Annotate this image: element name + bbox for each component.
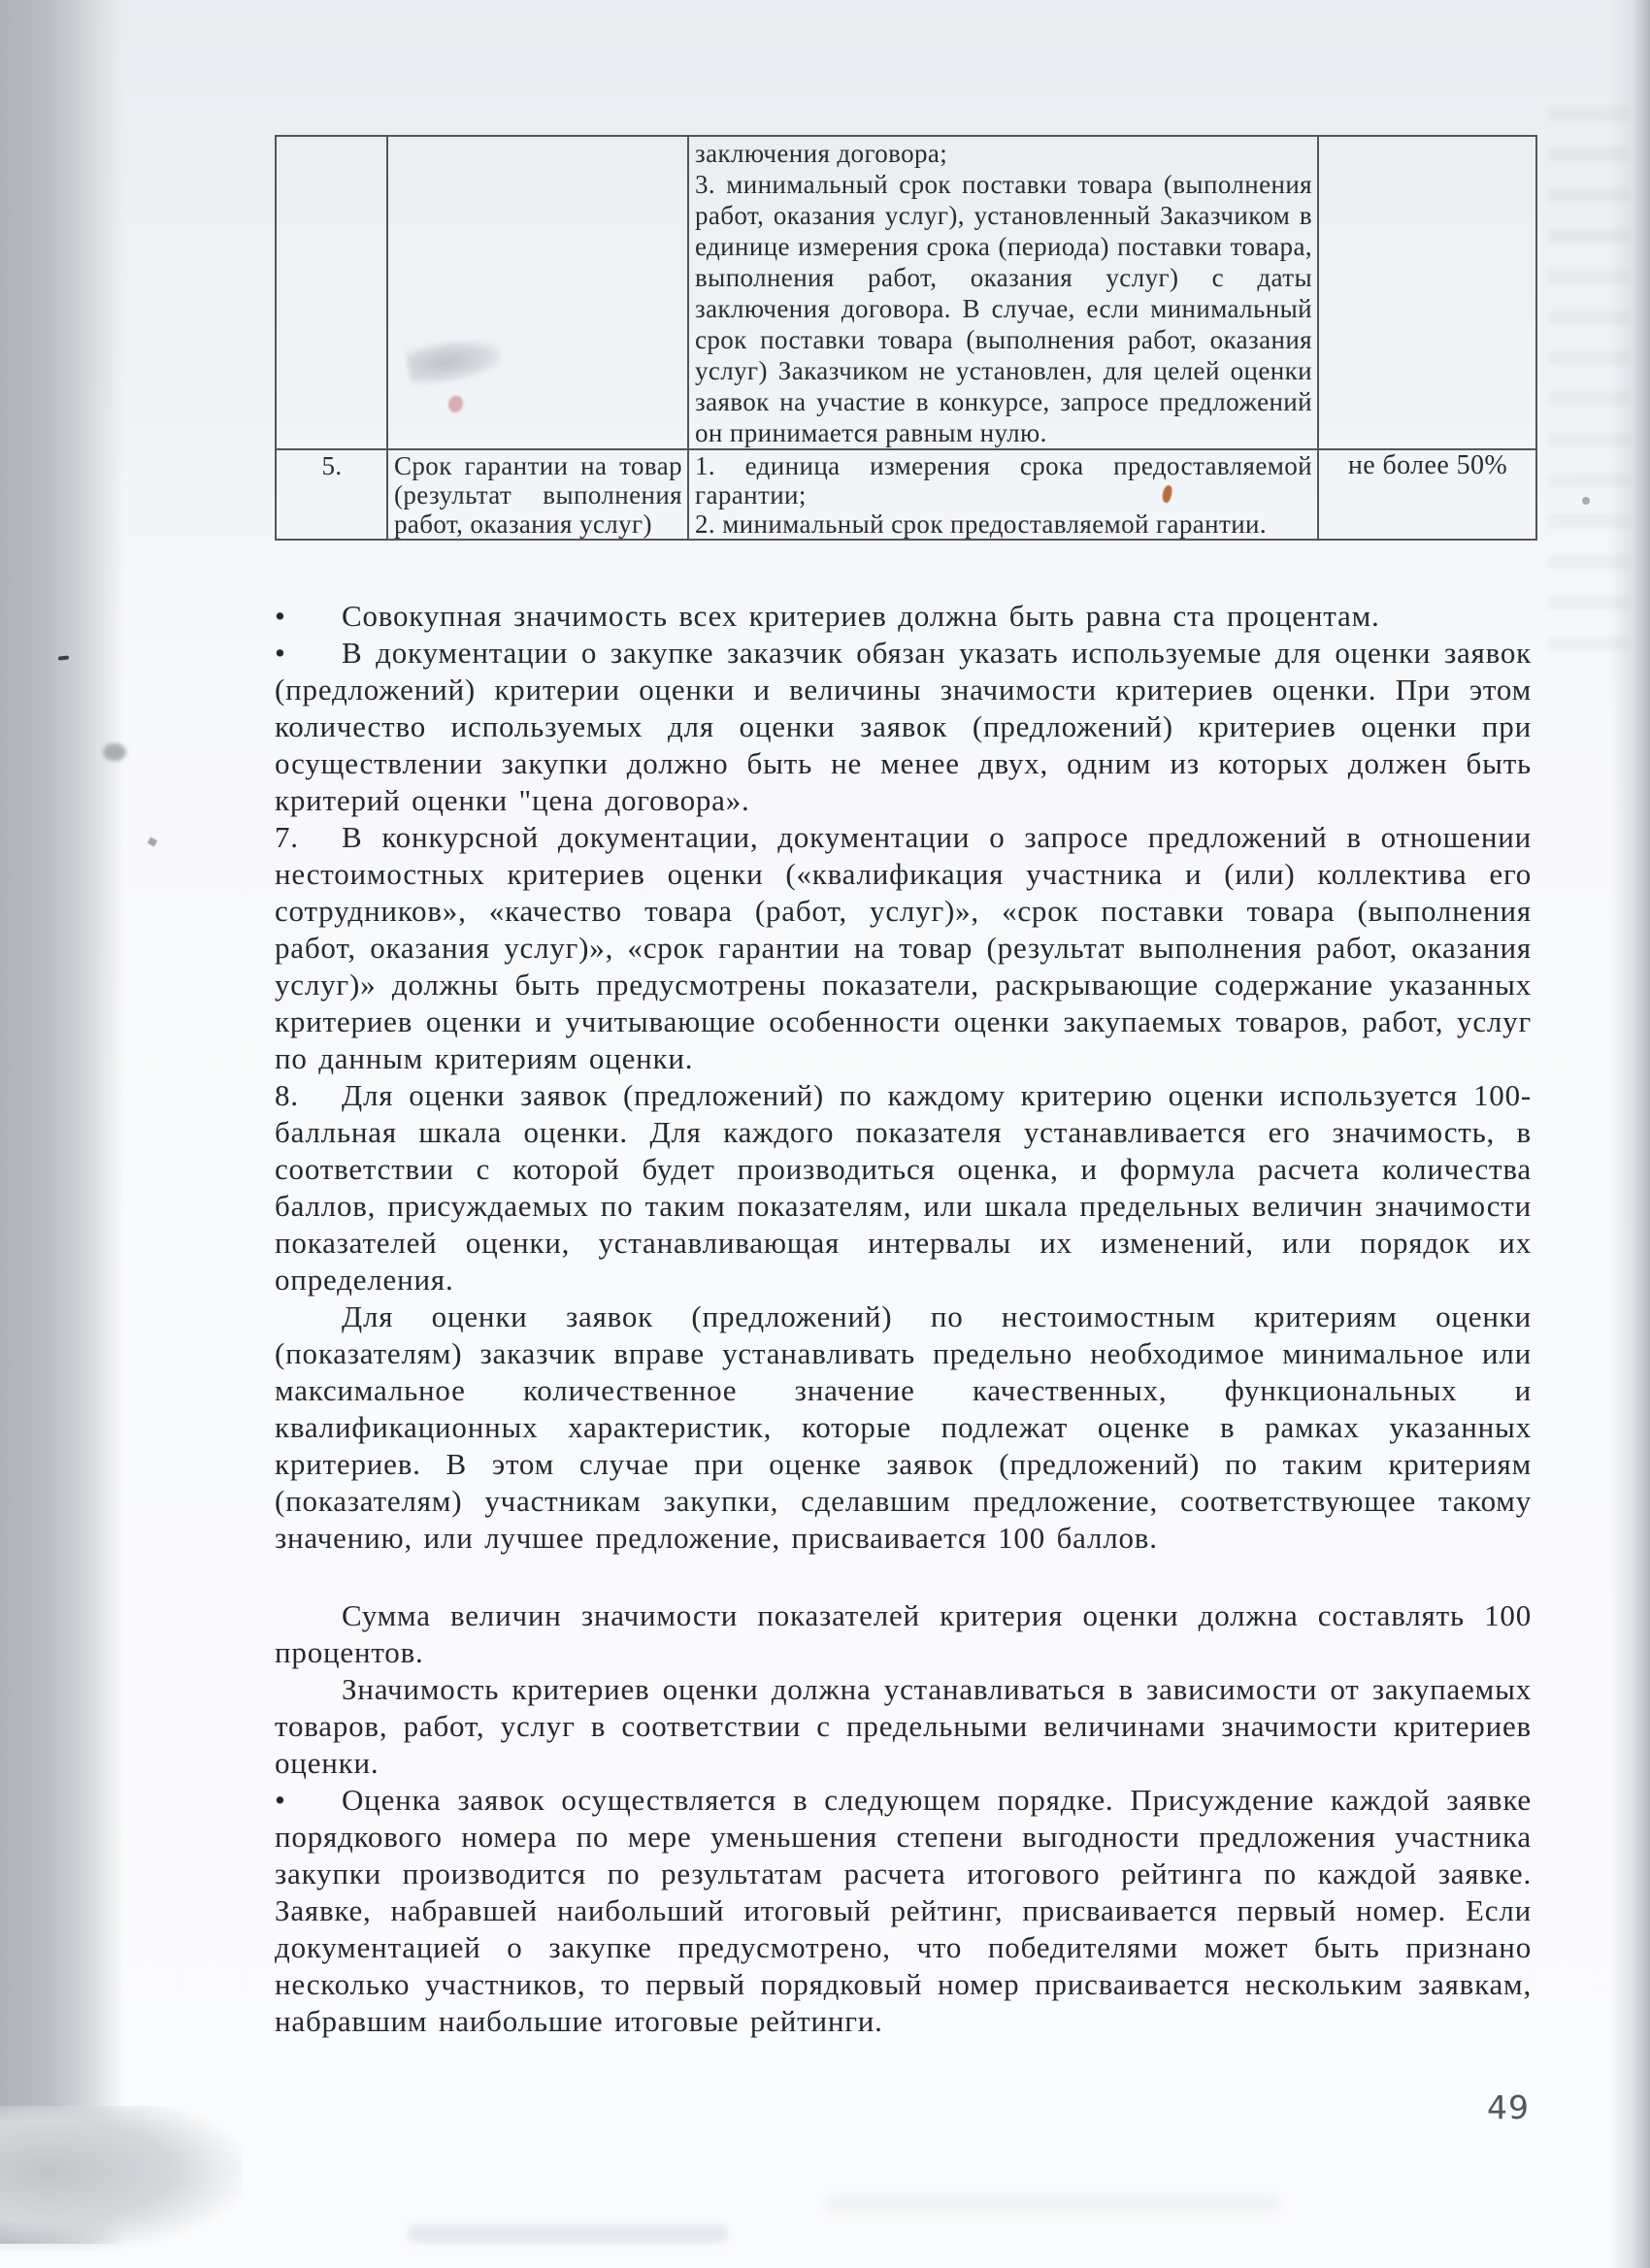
list-number: 7.: [275, 819, 342, 856]
paragraph-text: Для оценки заявок (предложений) по каждо…: [275, 1078, 1532, 1297]
indicator-paragraph: 2. минимальный срок предоставляемой гара…: [695, 509, 1312, 539]
cell-row-number: [276, 136, 387, 449]
paragraph-text: В конкурсной документации, документации …: [275, 820, 1532, 1075]
paragraph-text: Оценка заявок осуществляется в следующем…: [275, 1783, 1532, 2038]
paragraph-significance-depends: Значимость критериев оценки должна устан…: [275, 1671, 1532, 1782]
scan-corner-shadow: [0, 2106, 243, 2252]
table-row-continuation: заключения договора; 3. минимальный срок…: [276, 136, 1536, 449]
indicator-paragraph: заключения договора;: [695, 138, 1312, 169]
page-number: 49: [1487, 2088, 1530, 2126]
cell-indicators: 1. единица измерения срока предоставляем…: [688, 449, 1318, 540]
paragraph-sum-100-percent: Сумма величин значимости показателей кри…: [275, 1597, 1532, 1671]
table-row-5: 5. Срок гарантии на товар (результат вып…: [276, 449, 1536, 540]
paragraph-bullet-documentation: •В документации о закупке заказчик обяза…: [275, 635, 1532, 819]
paragraph-non-price-criteria: Для оценки заявок (предложений) по несто…: [275, 1298, 1532, 1557]
cell-criterion: Срок гарантии на товар (результат выполн…: [387, 449, 688, 540]
paragraph-text: Совокупная значимость всех критериев дол…: [342, 599, 1380, 633]
cell-indicators: заключения договора; 3. минимальный срок…: [688, 136, 1318, 449]
paragraph-item-8: 8.Для оценки заявок (предложений) по каж…: [275, 1077, 1532, 1298]
list-number: 8.: [275, 1077, 342, 1114]
paragraph-bullet-evaluation-order: •Оценка заявок осуществляется в следующе…: [275, 1782, 1532, 2040]
cell-significance-limit: не более 50%: [1318, 449, 1536, 540]
margin-speck-artifact: [148, 837, 157, 846]
paragraph-item-7: 7.В конкурсной документации, документаци…: [275, 819, 1532, 1077]
indicator-paragraph: 3. минимальный срок поставки товара (вып…: [695, 169, 1312, 448]
cell-criterion: [387, 136, 688, 449]
bullet-marker: •: [275, 598, 342, 635]
bleed-through-text: [408, 2225, 728, 2243]
scanned-document-page: заключения договора; 3. минимальный срок…: [0, 0, 1650, 2268]
scan-left-shadow: [0, 0, 124, 2244]
criteria-table: заключения договора; 3. минимальный срок…: [275, 135, 1537, 541]
margin-blob-artifact: [103, 743, 126, 761]
bullet-marker: •: [275, 1782, 342, 1819]
document-body: •Совокупная значимость всех критериев до…: [275, 598, 1532, 2040]
bleed-through-text: [1549, 107, 1631, 650]
indicator-paragraph: 1. единица измерения срока предоставляем…: [695, 451, 1312, 509]
bleed-through-text: [825, 2195, 1281, 2211]
cell-row-number: 5.: [276, 449, 387, 540]
paragraph-text: В документации о закупке заказчик обязан…: [275, 636, 1532, 817]
paragraph-bullet-total-significance: •Совокупная значимость всех критериев до…: [275, 598, 1532, 635]
bullet-marker: •: [275, 635, 342, 672]
cell-significance-limit: [1318, 136, 1536, 449]
